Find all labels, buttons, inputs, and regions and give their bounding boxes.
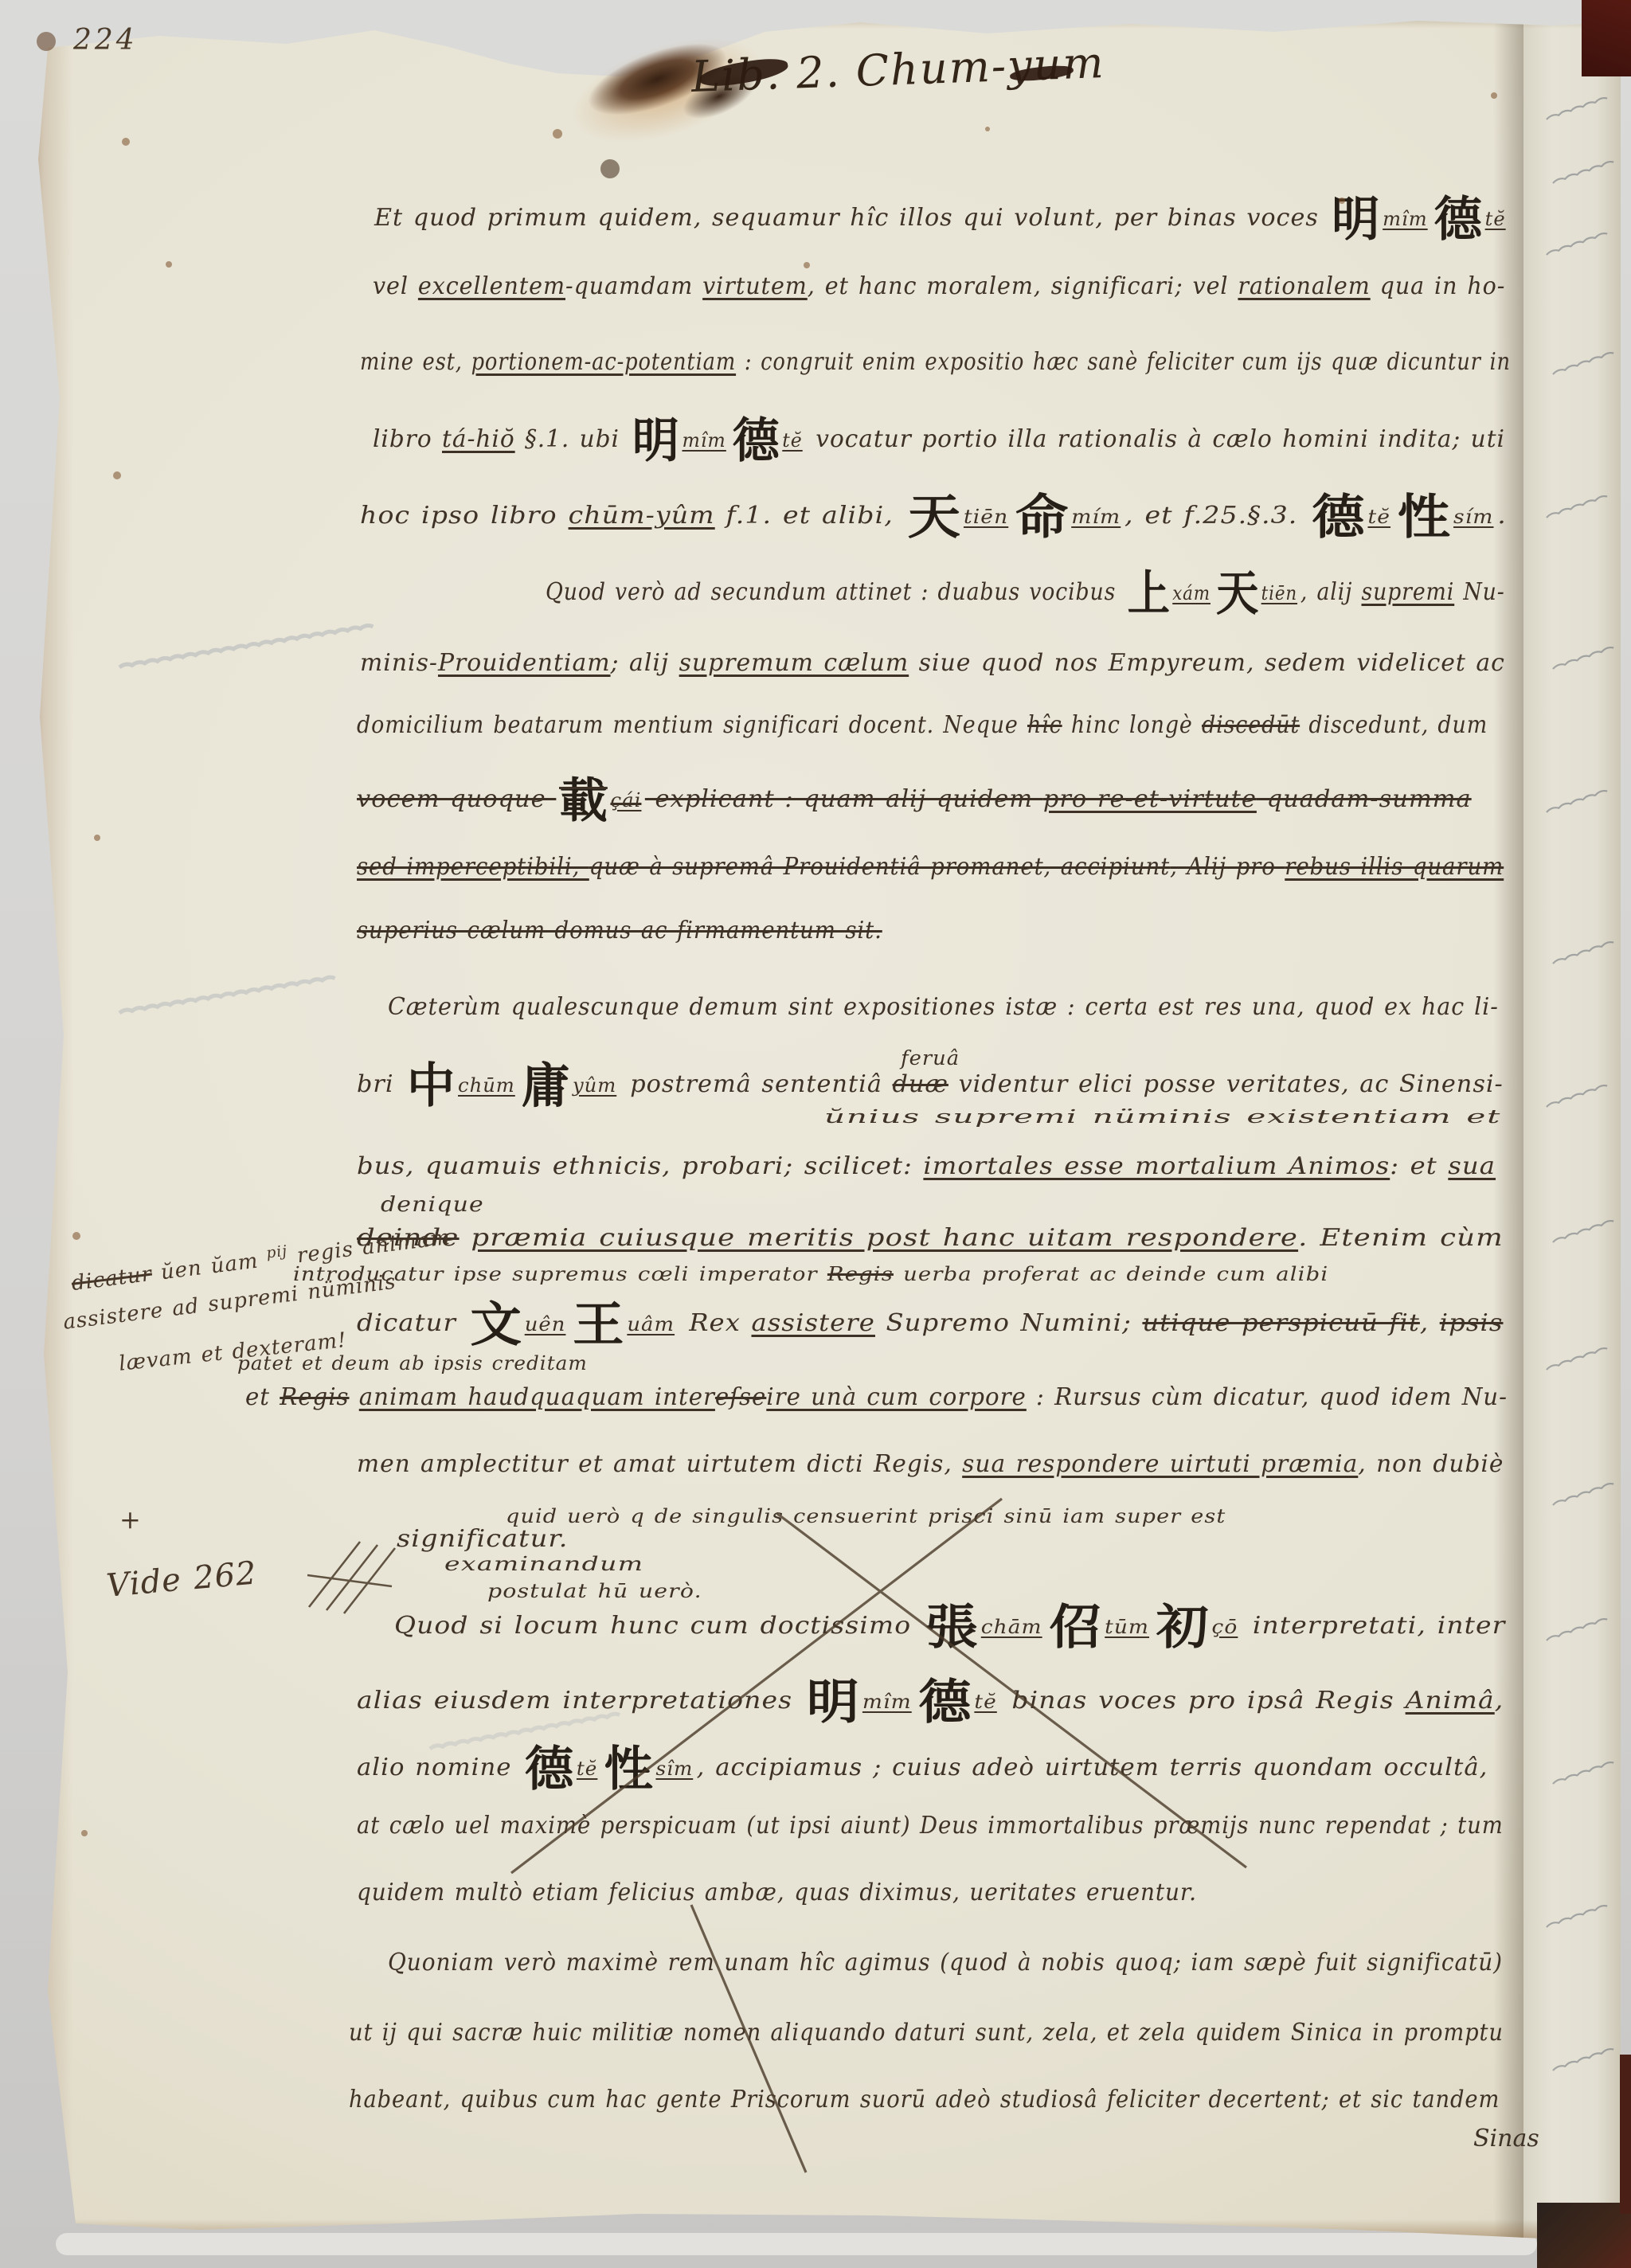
- manuscript-line: mine est, portionem-ac-potentiam : congr…: [360, 350, 1511, 374]
- text-segment: alio nomine: [357, 1754, 522, 1781]
- romanization-gloss: tiēn: [1261, 582, 1297, 604]
- text-segment: supremi: [1361, 578, 1454, 606]
- manuscript-line: men amplectitur et amat uirtutem dicti R…: [357, 1453, 1504, 1476]
- hanzi-character: 德: [733, 413, 780, 469]
- text-segment: tá-hiŏ: [442, 425, 515, 453]
- manuscript-line: Quod si locum hunc cum doctissimo 張chām佋…: [394, 1604, 1505, 1652]
- browned-top-edge: [24, 16, 1621, 29]
- text-segment: utique perspicuū fit: [1142, 1309, 1419, 1337]
- text-segment: at cælo uel maximè perspicuam (ut ipsi a…: [357, 1812, 1504, 1840]
- romanization-gloss: çō: [1212, 1616, 1238, 1638]
- text-segment: [460, 1224, 471, 1252]
- text-segment: hîc: [1027, 711, 1062, 739]
- hanzi-with-gloss: 天tiēn: [1214, 578, 1300, 606]
- text-segment: quadam-summa: [1257, 785, 1472, 813]
- hanzi-character: 明: [632, 413, 679, 469]
- hanzi-character: 載: [559, 773, 608, 829]
- text-segment: discedūt: [1202, 711, 1300, 739]
- romanization-gloss: uên: [525, 1313, 566, 1335]
- text-segment: siue quod nos Empyreum, sedem videlicet …: [909, 649, 1505, 677]
- text-segment: Prouidentiam: [438, 649, 611, 677]
- text-segment: denique: [381, 1193, 484, 1217]
- text-segment: portionem-ac-potentiam: [471, 348, 737, 376]
- hanzi-character: 明: [807, 1675, 859, 1730]
- text-segment: pij: [265, 1243, 288, 1262]
- manuscript-line: ŭnius supremi nüminis existentiam et: [824, 1109, 1501, 1127]
- hanzi-with-gloss: 載çái: [556, 785, 644, 813]
- manuscript-line: superius cælum domus ac firmamentum sit.: [357, 919, 882, 943]
- text-segment: ,: [1420, 1309, 1440, 1337]
- text-segment: sed imperceptibili,: [357, 853, 589, 881]
- text-segment: discedunt, dum: [1300, 711, 1488, 739]
- romanization-gloss: uâm: [627, 1313, 675, 1335]
- romanization-gloss: xám: [1172, 582, 1211, 604]
- hanzi-character: 德: [918, 1675, 971, 1730]
- manuscript-line: alias eiusdem interpretationes 明mîm德tĕ b…: [357, 1679, 1504, 1726]
- corrected-word: duæferuâ: [893, 1070, 948, 1098]
- hanzi-with-gloss: 性sîm: [601, 1754, 697, 1781]
- text-segment: Quod si locum hunc cum doctissimo: [394, 1612, 922, 1640]
- hanzi-with-gloss: 德tĕ: [522, 1754, 601, 1781]
- hanzi-with-gloss: 德tĕ: [1431, 204, 1509, 232]
- romanization-gloss: tĕ: [974, 1691, 996, 1713]
- hanzi-character: 德: [1434, 192, 1482, 248]
- text-segment: rationalem: [1238, 272, 1370, 300]
- hanzi-with-gloss: 上xám: [1124, 578, 1213, 606]
- text-segment: quid uerò q de singulis censuerint prisc…: [506, 1505, 1226, 1527]
- romanization-gloss: sîm: [655, 1758, 693, 1780]
- adjacent-page-edge: [1523, 16, 1621, 2242]
- manuscript-line: deinde præmia cuiusque meritis post hanc…: [357, 1226, 1504, 1250]
- text-segment: postulat hū uerò.: [487, 1580, 702, 1602]
- romanization-gloss: mîm: [682, 429, 726, 452]
- manuscript-line: Quoniam verò maximè rem unam hîc agimus …: [388, 1951, 1503, 1975]
- text-segment: chūm-yûm: [569, 502, 715, 530]
- hanzi-character: 中: [407, 1058, 456, 1114]
- text-segment: ,: [1495, 1687, 1504, 1715]
- text-segment: excellentem: [418, 272, 565, 300]
- romanization-gloss: tĕ: [1367, 506, 1390, 528]
- manuscript-line: minis-Prouidentiam; alij supremum cælum …: [360, 651, 1505, 675]
- manuscript-line: at cælo uel maximè perspicuam (ut ipsi a…: [357, 1814, 1504, 1838]
- romanization-gloss: tĕ: [1485, 208, 1506, 230]
- catchword: Sinas: [1473, 2125, 1539, 2153]
- romanization-gloss: mîm: [862, 1691, 912, 1713]
- text-segment: : et: [1390, 1152, 1448, 1180]
- manuscript-line: Quod verò ad secundum attinet : duabus v…: [546, 570, 1505, 618]
- manuscript-photo: 224 Lib. 2. Chum-yum Et quod primum quid…: [0, 0, 1631, 2268]
- text-segment: qua in ho-: [1371, 272, 1506, 300]
- manuscript-line: et Regis animam haudquaquam intereſseire…: [245, 1386, 1508, 1410]
- text-segment: alias eiusdem interpretationes: [357, 1687, 804, 1715]
- hanzi-with-gloss: 明mîm: [1328, 204, 1431, 232]
- text-segment: quidem multò etiam felicius ambæ, quas d…: [357, 1879, 1197, 1906]
- text-segment: , alij: [1300, 578, 1362, 606]
- hanzi-character: 文: [470, 1297, 522, 1353]
- text-segment: ŭnius supremi nüminis existentiam et: [824, 1107, 1501, 1128]
- romanization-gloss: sím: [1453, 506, 1494, 528]
- text-segment: sua: [1448, 1152, 1496, 1180]
- hanzi-character: 庸: [522, 1058, 570, 1114]
- text-segment: vocem quoque: [357, 785, 556, 813]
- text-segment: ac deinde cum alibi: [1089, 1263, 1328, 1285]
- text-segment: examinandum: [444, 1553, 643, 1575]
- text-segment: mine est,: [360, 348, 471, 376]
- romanization-gloss: tiēn: [964, 506, 1008, 528]
- text-segment: postremâ sententiâ: [620, 1070, 893, 1098]
- manuscript-line: domicilium beatarum mentium significari …: [357, 714, 1488, 737]
- romanization-gloss: tūm: [1105, 1616, 1149, 1638]
- romanization-gloss: tĕ: [782, 429, 802, 452]
- hanzi-character: 性: [604, 1742, 652, 1797]
- text-segment: Regis: [827, 1263, 894, 1285]
- text-segment: explicant : quam alij quidem: [645, 785, 1043, 813]
- romanization-gloss: mîm: [1383, 208, 1428, 230]
- hanzi-character: 德: [525, 1742, 573, 1797]
- romanization-gloss: çái: [610, 789, 641, 811]
- text-segment: vocatur portio illa rationalis à cælo ho…: [806, 425, 1505, 453]
- lower-sheet-edge: [56, 2233, 1537, 2255]
- manuscript-line: bus, quamuis ethnicis, probari; scilicet…: [357, 1155, 1496, 1179]
- text-segment: præmia cuiusque meritis post hanc uitam …: [471, 1224, 1298, 1252]
- romanization-gloss: chūm: [458, 1074, 515, 1097]
- manuscript-line: dicatur 文uên王uâm Rex assistere Supremo N…: [357, 1301, 1503, 1349]
- text-segment: uerba proferat: [894, 1263, 1089, 1285]
- book-binding-corner: [1582, 0, 1631, 76]
- text-segment: Animâ: [1406, 1687, 1495, 1715]
- romanization-gloss: mím: [1071, 506, 1121, 528]
- text-segment: sua respondere uirtuti præmia: [962, 1450, 1358, 1478]
- manuscript-line: sed imperceptibili, quæ à supremâ Prouid…: [357, 855, 1504, 879]
- text-segment: bri: [357, 1070, 404, 1098]
- text-segment: duæ: [893, 1070, 948, 1098]
- manuscript-line: libro tá-hiŏ §.1. ubi 明mîm德tĕ vocatur po…: [373, 417, 1505, 465]
- manuscript-line: bri 中chūm庸yûm postremâ sententiâ duæferu…: [357, 1062, 1504, 1110]
- manuscript-line: habeant, quibus cum hac gente Priscorum …: [349, 2088, 1500, 2112]
- text-segment: men amplectitur et amat uirtutem dicti R…: [357, 1450, 962, 1478]
- text-segment: libro: [373, 425, 442, 453]
- text-segment: videntur elici posse veritates, ac Sinen…: [948, 1070, 1504, 1098]
- manuscript-line: quidem multò etiam felicius ambæ, quas d…: [357, 1881, 1197, 1905]
- text-segment: Rex: [679, 1309, 752, 1337]
- text-segment: [350, 1383, 359, 1411]
- text-segment: Quod verò ad secundum attinet : duabus v…: [546, 578, 1124, 606]
- text-segment: Quoniam verò maximè rem unam hîc agimus …: [388, 1949, 1503, 1977]
- hanzi-character: 王: [573, 1297, 624, 1353]
- text-segment: interpretati, inter: [1242, 1612, 1505, 1640]
- text-segment: significatur.: [397, 1525, 569, 1553]
- romanization-gloss: chām: [981, 1616, 1042, 1638]
- text-segment: , et hanc moralem, significari; vel: [808, 272, 1238, 300]
- hanzi-character: 天: [1216, 566, 1258, 622]
- hanzi-character: 明: [1332, 192, 1379, 248]
- manuscript-line: significatur.: [397, 1527, 569, 1551]
- text-segment: minis-: [360, 649, 438, 677]
- text-segment: , et f.25.§.3.: [1124, 502, 1308, 530]
- manuscript-line: Et quod primum quidem, sequamur hîc illo…: [374, 196, 1509, 244]
- text-segment: vel: [373, 272, 418, 300]
- manuscript-line: vocem quoque 載çái explicant : quam alij …: [357, 777, 1472, 825]
- text-segment: supremum cælum: [679, 649, 909, 677]
- text-segment: pro re-et-virtute: [1043, 785, 1257, 813]
- text-segment: imortales esse mortalium Animos: [923, 1152, 1390, 1180]
- text-segment: f.1. et alibi,: [715, 502, 905, 530]
- text-segment: ire unà cum corpore: [766, 1383, 1027, 1411]
- text-segment: quæ à supremâ Prouidentiâ promanet, acci…: [589, 853, 1170, 881]
- text-segment: Et quod primum quidem, sequamur hîc illo…: [374, 204, 1328, 232]
- text-segment: , Alij pro: [1170, 853, 1285, 881]
- browned-left-edge: [24, 16, 73, 2242]
- hanzi-with-gloss: 德tĕ: [915, 1687, 1000, 1715]
- hanzi-with-gloss: 性sím: [1394, 502, 1497, 530]
- text-segment: domicilium beatarum mentium significari …: [357, 711, 1027, 739]
- text-segment: , accipiamus ; cuius adeò uirtutem terri…: [697, 1754, 1488, 1781]
- text-segment: eſse: [715, 1383, 766, 1411]
- hanzi-character: 德: [1312, 490, 1364, 545]
- hanzi-with-gloss: 天tiēn: [905, 502, 1012, 530]
- text-segment: §.1. ubi: [515, 425, 630, 453]
- text-segment: Nu-: [1454, 578, 1504, 606]
- book-binding-corner: [1537, 2203, 1631, 2268]
- manuscript-line: introducatur ipse supremus cœli imperato…: [293, 1265, 1328, 1284]
- manuscript-line: Cæterùm qualescunque demum sint expositi…: [388, 995, 1499, 1019]
- text-segment: ipsis: [1440, 1309, 1504, 1337]
- text-segment: virtutem: [702, 272, 808, 300]
- margin-note: +: [119, 1507, 142, 1532]
- hanzi-with-gloss: 命mím: [1012, 502, 1124, 530]
- text-segment: : congruit enim expositio hæc sanè felic…: [736, 348, 1511, 376]
- text-segment: bus, quamuis ethnicis, probari; scilicet…: [357, 1152, 923, 1180]
- text-segment: assistere: [751, 1309, 874, 1337]
- hanzi-with-gloss: 佋tūm: [1046, 1612, 1152, 1640]
- text-segment: et: [245, 1383, 280, 1411]
- manuscript-line: hoc ipso libro chūm-yûm f.1. et alibi, 天…: [360, 494, 1507, 542]
- hanzi-with-gloss: 中chūm: [404, 1070, 518, 1098]
- manuscript-line: denique: [381, 1195, 484, 1215]
- text-segment: +: [119, 1504, 142, 1535]
- hanzi-with-gloss: 德tĕ: [1308, 502, 1394, 530]
- manuscript-line: vel excellentem-quamdam virtutem, et han…: [373, 275, 1505, 299]
- text-segment: Supremo Numini;: [875, 1309, 1142, 1337]
- hanzi-with-gloss: 庸yûm: [518, 1070, 620, 1098]
- hanzi-with-gloss: 王uâm: [569, 1309, 679, 1337]
- text-segment: Cæterùm qualescunque demum sint expositi…: [388, 993, 1499, 1021]
- text-segment: ut ij qui sacræ huic militiæ nomen aliqu…: [349, 2019, 1504, 2047]
- text-segment: rebus illis quarum: [1285, 853, 1504, 881]
- manuscript-line: alio nomine 德tĕ性sîm, accipiamus ; cuius …: [357, 1746, 1488, 1793]
- text-segment: Regis: [280, 1383, 349, 1411]
- text-segment: ; alij: [611, 649, 679, 677]
- hanzi-with-gloss: 文uên: [467, 1309, 569, 1337]
- interlinear-insertion: feruâ: [901, 1049, 960, 1069]
- hanzi-with-gloss: 德tĕ: [729, 425, 806, 453]
- hanzi-character: 命: [1015, 490, 1068, 545]
- manuscript-line: quid uerò q de singulis censuerint prisc…: [506, 1507, 1226, 1526]
- text-segment: hoc ipso libro: [360, 502, 569, 530]
- text-segment: animam haudquaquam inter: [359, 1383, 715, 1411]
- text-segment: hinc longè: [1062, 711, 1202, 739]
- hanzi-character: 佋: [1049, 1600, 1101, 1656]
- hanzi-character: 性: [1398, 490, 1450, 545]
- text-segment: : Rursus cùm dicatur, quod idem Nu-: [1027, 1383, 1508, 1411]
- manuscript-line: postulat hū uerò.: [487, 1582, 702, 1601]
- manuscript-line: examinandum: [444, 1554, 643, 1574]
- text-segment: .: [1497, 502, 1507, 530]
- hanzi-with-gloss: 明mîm: [629, 425, 729, 453]
- page-number: 224: [73, 24, 138, 57]
- text-segment: superius cælum domus ac firmamentum sit.: [357, 917, 882, 944]
- hanzi-with-gloss: 初çō: [1153, 1612, 1242, 1640]
- text-segment: -quamdam: [565, 272, 702, 300]
- hanzi-with-gloss: 明mîm: [804, 1687, 915, 1715]
- text-segment: , non dubiè: [1358, 1450, 1504, 1478]
- text-segment: binas voces pro ipsâ Regis: [1001, 1687, 1406, 1715]
- book-binding-edge: [1620, 2055, 1631, 2214]
- hanzi-character: 上: [1128, 566, 1170, 622]
- text-segment: . Etenim cùm: [1298, 1224, 1504, 1252]
- romanization-gloss: tĕ: [577, 1758, 597, 1780]
- hanzi-character: 天: [908, 490, 960, 545]
- manuscript-line: ut ij qui sacræ huic militiæ nomen aliqu…: [349, 2021, 1504, 2045]
- hanzi-character: 初: [1156, 1600, 1209, 1656]
- hanzi-with-gloss: 張chām: [922, 1612, 1046, 1640]
- hanzi-character: 張: [925, 1600, 978, 1656]
- romanization-gloss: yûm: [573, 1074, 616, 1097]
- text-segment: habeant, quibus cum hac gente Priscorum …: [349, 2086, 1500, 2114]
- text-segment: dicatur: [357, 1309, 467, 1337]
